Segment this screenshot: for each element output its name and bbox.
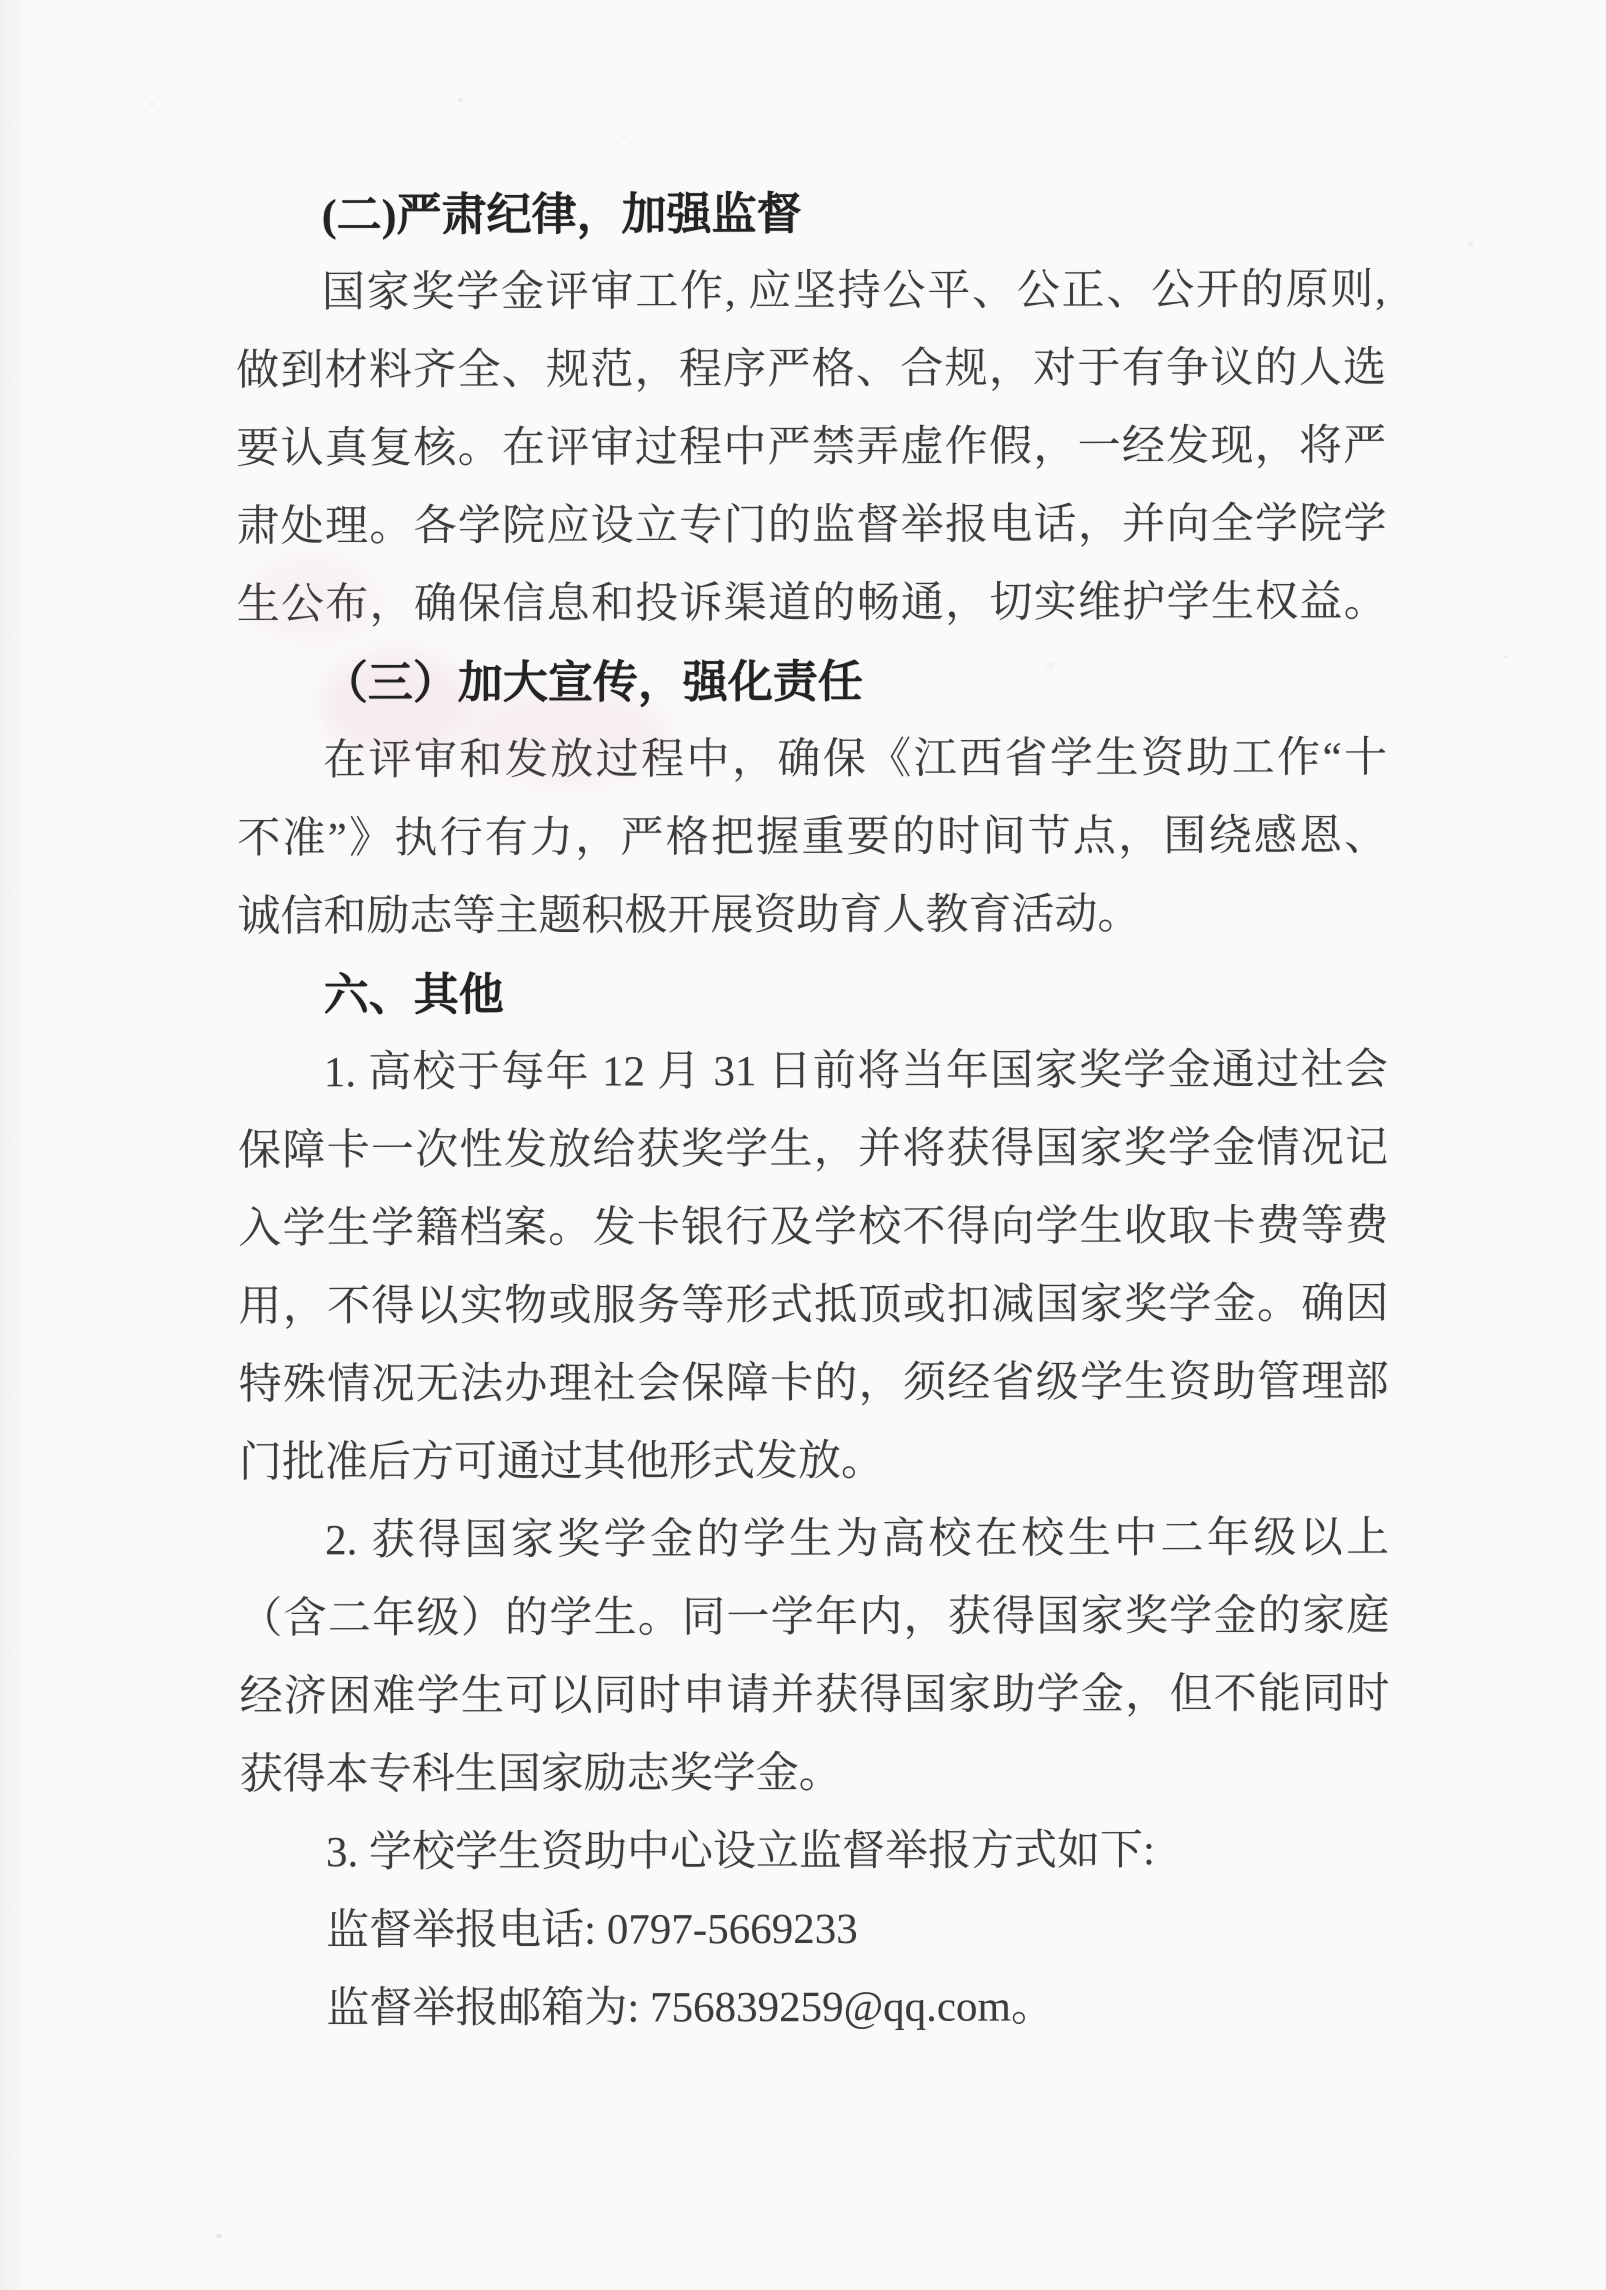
doc-line: 肃处理。各学院应设立专门的监督举报电话，并向全学院学 [236,485,1386,566]
doc-line: 在评审和发放过程中，确保《江西省学生资助工作“十 [237,719,1387,800]
doc-line: 获得本专科生国家励志奖学金。 [240,1733,1390,1814]
doc-line: 不准”》执行有力，严格把握重要的时间节点，围绕感恩、 [237,797,1387,878]
scan-speck [1504,655,1508,659]
scan-edge-shadow [0,0,28,2290]
doc-line: 保障卡一次性发放给获奖学生，并将获得国家奖学金情况记 [238,1109,1388,1190]
heading-section-2: (二)严肃纪律，加强监督 [236,173,1386,254]
doc-line: 门批准后方可通过其他形式发放。 [239,1421,1389,1502]
scan-speck [1468,242,1473,247]
doc-line: 用，不得以实物或服务等形式抵顶或扣减国家奖学金。确因 [238,1265,1388,1346]
scan-speck [458,98,463,102]
heading-section-6: 六、其他 [238,953,1388,1034]
scanned-document-page: (二)严肃纪律，加强监督 国家奖学金评审工作, 应坚持公平、公正、公开的原则, … [0,0,1606,2290]
doc-line: 要认真复核。在评审过程中严禁弄虚作假，一经发现，将严 [236,407,1386,488]
scan-speck [150,102,154,106]
scan-speck [216,2234,222,2238]
report-email-line: 监督举报邮箱为: 756839259@qq.com。 [240,1967,1390,2048]
doc-line: 国家奖学金评审工作, 应坚持公平、公正、公开的原则, [236,251,1386,332]
doc-line: 经济困难学生可以同时申请并获得国家助学金，但不能同时 [239,1655,1389,1736]
doc-line: 2. 获得国家奖学金的学生为高校在校生中二年级以上 [239,1499,1389,1580]
document-text-block: (二)严肃纪律，加强监督 国家奖学金评审工作, 应坚持公平、公正、公开的原则, … [236,173,1391,2048]
scan-speck [622,135,626,138]
doc-line: 诚信和励志等主题积极开展资助育人教育活动。 [237,875,1387,956]
doc-line: （含二年级）的学生。同一学年内，获得国家奖学金的家庭 [239,1577,1389,1658]
doc-line: 做到材料齐全、规范，程序严格、合规，对于有争议的人选 [236,329,1386,410]
report-phone-line: 监督举报电话: 0797-5669233 [240,1889,1390,1970]
doc-line: 入学生学籍档案。发卡银行及学校不得向学生收取卡费等费 [238,1187,1388,1268]
heading-section-3: （三）加大宣传，强化责任 [237,641,1387,722]
doc-line: 生公布，确保信息和投诉渠道的畅通，切实维护学生权益。 [237,563,1387,644]
doc-line: 3. 学校学生资助中心设立监督举报方式如下: [240,1811,1390,1892]
doc-line: 1. 高校于每年 12 月 31 日前将当年国家奖学金通过社会 [238,1031,1388,1112]
doc-line: 特殊情况无法办理社会保障卡的，须经省级学生资助管理部 [239,1343,1389,1424]
